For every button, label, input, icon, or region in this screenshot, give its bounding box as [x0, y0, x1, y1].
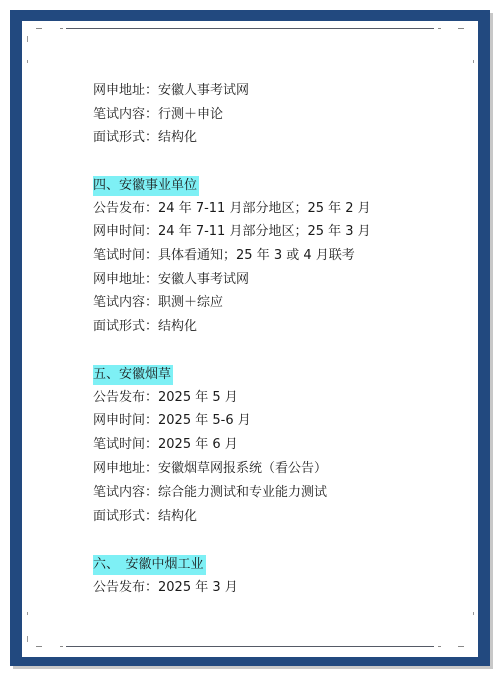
field-line: 面试形式：结构化 — [93, 318, 197, 336]
margin-mark — [27, 60, 28, 63]
field-label: 网申时间： — [93, 413, 158, 428]
corner-mark — [438, 28, 441, 29]
field-line: 网申地址：安徽人事考试网 — [93, 82, 249, 100]
field-label: 笔试时间： — [93, 437, 158, 452]
field-label: 网申地址： — [93, 272, 158, 287]
field-value: 结构化 — [158, 509, 197, 524]
margin-mark — [27, 612, 28, 615]
document-page — [22, 21, 478, 657]
field-label: 笔试内容： — [93, 107, 158, 122]
corner-mark — [458, 28, 464, 29]
corner-mark — [438, 646, 441, 647]
margin-mark — [27, 36, 28, 42]
field-line: 笔试时间：具体看通知；25 年 3 或 4 月联考 — [93, 247, 355, 265]
corner-mark — [60, 28, 63, 29]
top-decorative-rule — [66, 28, 434, 29]
field-value: 2025 年 5 月 — [158, 390, 238, 405]
field-line: 网申地址：安徽人事考试网 — [93, 271, 249, 289]
corner-mark — [60, 646, 63, 647]
margin-mark — [473, 612, 474, 615]
margin-mark — [27, 636, 28, 642]
field-line: 网申时间：2025 年 5-6 月 — [93, 412, 251, 430]
field-value: 综合能力测试和专业能力测试 — [158, 485, 327, 500]
section-heading-anhui-institutions: 四、安徽事业单位 — [93, 176, 199, 196]
field-label: 公告发布： — [93, 201, 158, 216]
field-value: 职测＋综应 — [158, 295, 223, 310]
margin-mark — [473, 60, 474, 63]
field-line: 笔试内容：职测＋综应 — [93, 294, 223, 312]
corner-mark — [458, 646, 464, 647]
field-line: 面试形式：结构化 — [93, 129, 197, 147]
field-value: 2025 年 5-6 月 — [158, 413, 251, 428]
section-heading-anhui-tobacco: 五、安徽烟草 — [93, 365, 173, 385]
corner-mark — [36, 28, 42, 29]
field-value: 2025 年 3 月 — [158, 580, 238, 595]
field-line: 笔试内容：综合能力测试和专业能力测试 — [93, 484, 327, 502]
field-line: 公告发布：24 年 7-11 月部分地区；25 年 2 月 — [93, 200, 371, 218]
field-value: 安徽人事考试网 — [158, 83, 249, 98]
corner-mark — [36, 646, 42, 647]
field-label: 笔试内容： — [93, 295, 158, 310]
field-value: 24 年 7-11 月部分地区；25 年 2 月 — [158, 201, 371, 216]
field-label: 面试形式： — [93, 130, 158, 145]
field-value: 结构化 — [158, 130, 197, 145]
field-label: 网申时间： — [93, 224, 158, 239]
field-value: 行测＋申论 — [158, 107, 223, 122]
field-label: 面试形式： — [93, 319, 158, 334]
field-line: 笔试内容：行测＋申论 — [93, 106, 223, 124]
field-line: 面试形式：结构化 — [93, 508, 197, 526]
field-line: 网申时间：24 年 7-11 月部分地区；25 年 3 月 — [93, 223, 371, 241]
field-line: 公告发布：2025 年 3 月 — [93, 579, 238, 597]
field-label: 网申地址： — [93, 83, 158, 98]
field-label: 面试形式： — [93, 509, 158, 524]
field-value: 具体看通知；25 年 3 或 4 月联考 — [158, 248, 355, 263]
bottom-decorative-rule — [66, 646, 434, 647]
field-label: 笔试时间： — [93, 248, 158, 263]
field-label: 公告发布： — [93, 390, 158, 405]
field-label: 网申地址： — [93, 461, 158, 476]
field-value: 安徽人事考试网 — [158, 272, 249, 287]
field-line: 笔试时间：2025 年 6 月 — [93, 436, 238, 454]
field-value: 24 年 7-11 月部分地区；25 年 3 月 — [158, 224, 371, 239]
field-label: 笔试内容： — [93, 485, 158, 500]
field-line: 网申地址：安徽烟草网报系统（看公告） — [93, 460, 327, 478]
field-value: 安徽烟草网报系统（看公告） — [158, 461, 327, 476]
field-value: 2025 年 6 月 — [158, 437, 238, 452]
field-label: 公告发布： — [93, 580, 158, 595]
field-value: 结构化 — [158, 319, 197, 334]
section-heading-anhui-china-tobacco-industry: 六、 安徽中烟工业 — [93, 555, 206, 575]
field-line: 公告发布：2025 年 5 月 — [93, 389, 238, 407]
